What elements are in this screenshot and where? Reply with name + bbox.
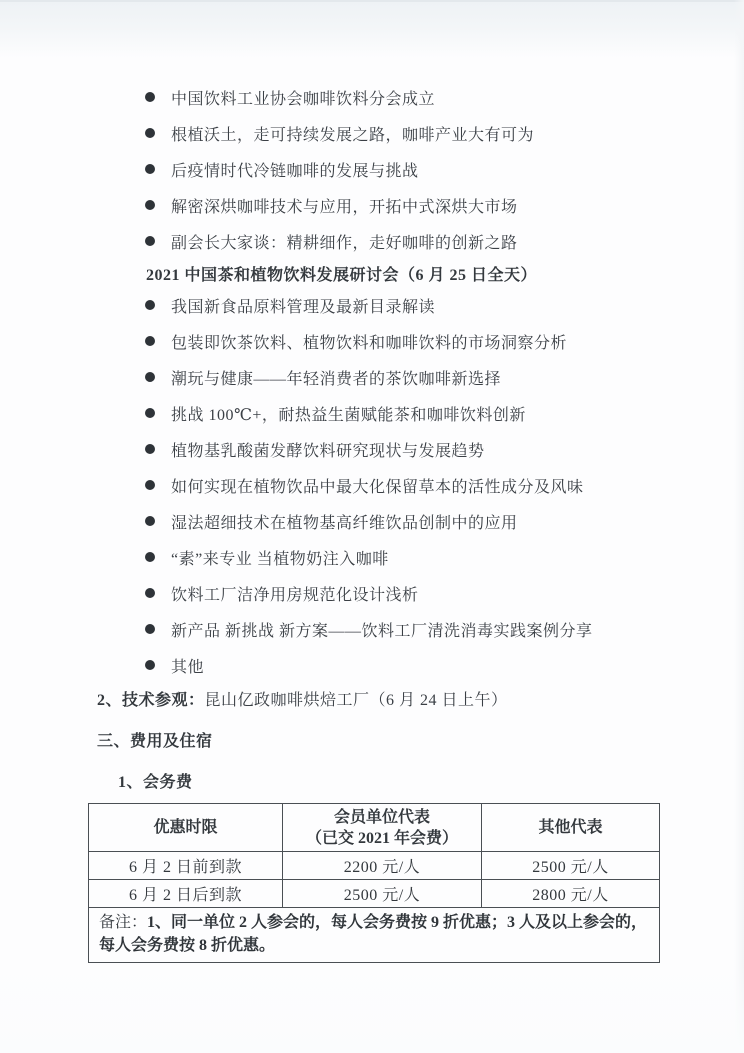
scanned-document-page: 中国饮料工业协会咖啡饮料分会成立 根植沃土，走可持续发展之路，咖啡产业大有可为 … xyxy=(0,0,744,1053)
tea-session-title: 2021 中国茶和植物饮料发展研讨会（6 月 25 日全天） xyxy=(146,262,537,285)
list-item-text: 湿法超细技术在植物基高纤维饮品创制中的应用 xyxy=(171,510,518,533)
list-item-text: “素”来专业 当植物奶注入咖啡 xyxy=(171,546,389,569)
header-other: 其他代表 xyxy=(482,804,660,852)
cell-member-price: 2500 元/人 xyxy=(283,880,482,908)
list-item-text: 其他 xyxy=(171,654,204,677)
list-item: 饮料工厂洁净用房规范化设计浅析 xyxy=(145,575,593,611)
bullet-icon xyxy=(145,516,155,526)
cell-other-price: 2800 元/人 xyxy=(482,880,660,908)
list-item-text: 包装即饮茶饮料、植物饮料和咖啡饮料的市场洞察分析 xyxy=(171,330,567,353)
list-item-text: 解密深烘咖啡技术与应用，开拓中式深烘大市场 xyxy=(171,194,518,217)
list-item-text: 根植沃土，走可持续发展之路，咖啡产业大有可为 xyxy=(171,122,534,145)
list-item-text: 中国饮料工业协会咖啡饮料分会成立 xyxy=(171,86,435,109)
bullet-icon xyxy=(145,480,155,490)
list-item-text: 副会长大家谈：精耕细作，走好咖啡的创新之路 xyxy=(171,230,518,253)
list-item-text: 潮玩与健康——年轻消费者的茶饮咖啡新选择 xyxy=(171,366,501,389)
bullet-icon xyxy=(145,164,155,174)
list-item-text: 挑战 100℃+，耐热益生菌赋能茶和咖啡饮料创新 xyxy=(171,402,526,425)
cell-period: 6 月 2 日后到款 xyxy=(89,880,283,908)
scan-edge-artifact-bottom xyxy=(0,963,744,1053)
table-row: 6 月 2 日后到款 2500 元/人 2800 元/人 xyxy=(89,880,660,908)
list-item: 中国饮料工业协会咖啡饮料分会成立 xyxy=(145,79,534,115)
note-text: 1、同一单位 2 人参会的，每人会务费按 9 折优惠；3 人及以上参会的，每人会… xyxy=(99,914,647,954)
list-item-text: 我国新食品原料管理及最新目录解读 xyxy=(171,294,435,317)
table-note-row: 备注：1、同一单位 2 人参会的，每人会务费按 9 折优惠；3 人及以上参会的，… xyxy=(89,908,660,963)
header-member-line1: 会员单位代表 xyxy=(283,807,481,828)
cell-period: 6 月 2 日前到款 xyxy=(89,852,283,880)
list-item: 解密深烘咖啡技术与应用，开拓中式深烘大市场 xyxy=(145,187,534,223)
list-item: 新产品 新挑战 新方案——饮料工厂清洗消毒实践案例分享 xyxy=(145,611,593,647)
table-header-row: 优惠时限 会员单位代表 （已交 2021 年会费） 其他代表 xyxy=(89,804,660,852)
tech-visit-text: 昆山亿政咖啡烘焙工厂（6 月 24 日上午） xyxy=(205,692,508,709)
list-item: 湿法超细技术在植物基高纤维饮品创制中的应用 xyxy=(145,503,593,539)
list-item: 其他 xyxy=(145,647,593,683)
tech-visit-label: 2、技术参观： xyxy=(97,692,205,709)
fee-section-subtitle: 1、会务费 xyxy=(118,769,193,792)
list-item: 后疫情时代冷链咖啡的发展与挑战 xyxy=(145,151,534,187)
bullet-icon xyxy=(145,552,155,562)
tech-visit-line: 2、技术参观：昆山亿政咖啡烘焙工厂（6 月 24 日上午） xyxy=(97,687,508,710)
bullet-icon xyxy=(145,336,155,346)
bullet-icon xyxy=(145,444,155,454)
bullet-icon xyxy=(145,300,155,310)
header-period: 优惠时限 xyxy=(89,804,283,852)
list-item: 根植沃土，走可持续发展之路，咖啡产业大有可为 xyxy=(145,115,534,151)
bullet-icon xyxy=(145,408,155,418)
fee-table: 优惠时限 会员单位代表 （已交 2021 年会费） 其他代表 6 月 2 日前到… xyxy=(88,803,660,963)
bullet-icon xyxy=(145,372,155,382)
list-item: 潮玩与健康——年轻消费者的茶饮咖啡新选择 xyxy=(145,359,593,395)
list-item: 植物基乳酸菌发酵饮料研究现状与发展趋势 xyxy=(145,431,593,467)
list-item: “素”来专业 当植物奶注入咖啡 xyxy=(145,539,593,575)
bullet-icon xyxy=(145,128,155,138)
note-cell: 备注：1、同一单位 2 人参会的，每人会务费按 9 折优惠；3 人及以上参会的，… xyxy=(89,908,660,963)
cell-other-price: 2500 元/人 xyxy=(482,852,660,880)
bullet-icon xyxy=(145,624,155,634)
coffee-session-bullet-list: 中国饮料工业协会咖啡饮料分会成立 根植沃土，走可持续发展之路，咖啡产业大有可为 … xyxy=(145,79,534,259)
tea-session-bullet-list: 我国新食品原料管理及最新目录解读 包装即饮茶饮料、植物饮料和咖啡饮料的市场洞察分… xyxy=(145,287,593,683)
bullet-icon xyxy=(145,588,155,598)
list-item-text: 植物基乳酸菌发酵饮料研究现状与发展趋势 xyxy=(171,438,485,461)
header-member-line2: （已交 2021 年会费） xyxy=(283,828,481,849)
note-label: 备注： xyxy=(99,914,147,931)
list-item: 包装即饮茶饮料、植物饮料和咖啡饮料的市场洞察分析 xyxy=(145,323,593,359)
list-item-text: 后疫情时代冷链咖啡的发展与挑战 xyxy=(171,158,419,181)
list-item-text: 如何实现在植物饮品中最大化保留草本的活性成分及风味 xyxy=(171,474,584,497)
cell-member-price: 2200 元/人 xyxy=(283,852,482,880)
bullet-icon xyxy=(145,660,155,670)
list-item-text: 饮料工厂洁净用房规范化设计浅析 xyxy=(171,582,419,605)
table-row: 6 月 2 日前到款 2200 元/人 2500 元/人 xyxy=(89,852,660,880)
list-item: 如何实现在植物饮品中最大化保留草本的活性成分及风味 xyxy=(145,467,593,503)
fee-section-title: 三、费用及住宿 xyxy=(97,728,213,751)
list-item: 副会长大家谈：精耕细作，走好咖啡的创新之路 xyxy=(145,223,534,259)
bullet-icon xyxy=(145,200,155,210)
list-item: 挑战 100℃+，耐热益生菌赋能茶和咖啡饮料创新 xyxy=(145,395,593,431)
header-member: 会员单位代表 （已交 2021 年会费） xyxy=(283,804,482,852)
list-item-text: 新产品 新挑战 新方案——饮料工厂清洗消毒实践案例分享 xyxy=(171,618,593,641)
scan-edge-artifact-top xyxy=(0,0,744,58)
scan-edge-artifact-right xyxy=(734,0,744,1053)
list-item: 我国新食品原料管理及最新目录解读 xyxy=(145,287,593,323)
bullet-icon xyxy=(145,92,155,102)
bullet-icon xyxy=(145,236,155,246)
